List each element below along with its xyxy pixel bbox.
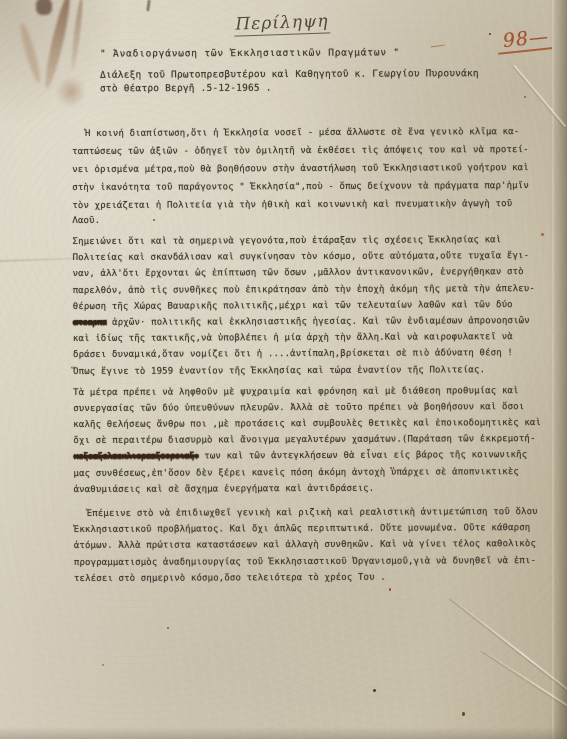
paragraph-4: Ἐπέμεινε στὸ νὰ ἐπιδιωχθεῖ γενικὴ καὶ ρι… — [74, 504, 554, 587]
struck-out-text: κεξεαξελαεκλιορααξεορειαξ: — [73, 452, 198, 463]
body-line: παρελθόν, ἀπὸ τὶς συνθῆκες ποὺ ἐπικράτησ… — [73, 281, 553, 299]
paper-crease — [482, 649, 567, 732]
dark-speck — [102, 664, 104, 666]
dark-speck — [462, 712, 465, 716]
page-number-dash: — — [429, 35, 446, 55]
ink-stain-blotch — [56, 76, 86, 108]
body-line: μας συνθέσεως,ἐπ'ὅσον δὲν ξέρει κανεὶς π… — [73, 464, 553, 482]
paper-crease — [450, 597, 567, 716]
body-line: ναν, ἀλλ'ὅτι ἔρχονται ὡς ἐπίπτωση τῶν ὅσ… — [73, 264, 553, 282]
body-line: νει ὁρισμένα μέτρα,ποὺ θὰ βοηθήσουν στὴν… — [72, 159, 552, 179]
red-speck — [389, 588, 391, 591]
body-line: τελέσει στὸ σημερινὸ κόσμο,ὅσο τελειότερ… — [74, 569, 554, 587]
body-line: ἀναθυμιάσεις καὶ σὲ ἄσχημα ἐνεργήματα κα… — [74, 480, 554, 498]
paper-crease — [514, 65, 567, 127]
ink-stain-streak — [18, 22, 44, 84]
dark-speck — [524, 96, 526, 98]
body-line: προγραμματισμὸς ἀναδημιουργίας τοῦ Ἐκκλη… — [74, 553, 554, 571]
body-line-with-strikeout: κεξεαξελαεκλιορααξεορειαξ: των καὶ τῶν ἀ… — [73, 447, 553, 465]
dark-speck — [373, 689, 376, 692]
handwritten-title: Περίληψη — [234, 11, 331, 36]
body-line: τὸν χρειάζεται ἡ Πολιτεία γιὰ τὴν ἠθικὴ … — [72, 195, 552, 215]
ink-stain-dark — [36, 0, 52, 15]
bottom-edge-shading — [0, 727, 567, 739]
venue-date-line: στὸ θέατρο Βεργῆ .5-12-1965 . — [100, 83, 272, 95]
body-line: στὴν ἱκανότητα τοῦ παράγοντος " Ἐκκλησία… — [72, 177, 552, 197]
paragraph-2: Σημειώνει ὅτι καὶ τὰ σημερινὰ γεγονότα,π… — [72, 232, 553, 380]
handwritten-page-number: 98— — [496, 25, 552, 55]
scanned-document-page: Περίληψη — 98— " Ἀναδιοργάνωση τῶν Ἐκκλη… — [0, 0, 567, 739]
body-line-text: των καὶ τῶν ἀντεγκλήσεων θὰ εἶναι εἰς βά… — [199, 451, 528, 462]
body-line: ταπτώσεως τῶν ἀξιῶν - ὁδηγεῖ τὸν ὁμιλητῆ… — [72, 141, 552, 161]
top-edge-mark — [146, 0, 151, 11]
struck-out-word: ατεαρπα — [73, 318, 107, 328]
body-line: Ἡ κοινή διαπίστωση,ὅτι ἡ Ἐκκλησία νοσεῖ … — [72, 123, 552, 143]
dark-speck — [167, 627, 169, 629]
lecture-byline: Διάλεξη τοῦ Πρωτοπρεσβυτέρου καὶ Καθηγητ… — [100, 68, 479, 81]
body-line: Τὰ μέτρα πρέπει νὰ ληφθοῦν μὲ ψυχραιμία … — [73, 383, 553, 401]
body-line-text: ἀρχῶν· πολιτικῆς καὶ ἐκκλησιαστικῆς ἡγεσ… — [107, 316, 530, 328]
body-line: θέρωση τῆς Χώρας Βαυαρικῆς πολιτικῆς,μέχ… — [73, 297, 553, 315]
paragraph-1: Ἡ κοινή διαπίστωση,ὅτι ἡ Ἐκκλησία νοσεῖ … — [72, 123, 552, 228]
ink-stain-streak — [41, 0, 73, 90]
body-line: Ὅπως ἔγινε τὸ 1959 ἐναντίον τῆς Ἐκκλησία… — [73, 361, 553, 379]
body-line: Λαοῦ. — [72, 213, 552, 228]
body-line: δράσει δυναμικά,ὅταν νομίζει ὅτι ἡ ....ἀ… — [73, 345, 553, 363]
paragraph-3: Τὰ μέτρα πρέπει νὰ ληφθοῦν μὲ ψυχραιμία … — [73, 383, 553, 498]
document-title: " Ἀναδιοργάνωση τῶν Ἐκκλησιαστικῶν Πραγμ… — [100, 47, 400, 59]
ink-stain-streak — [70, 0, 85, 70]
document-body: Ἡ κοινή διαπίστωση,ὅτι ἡ Ἐκκλησία νοσεῖ … — [72, 123, 554, 587]
body-line: ἀτόμων. Ἀλλὰ πρώτιστα καταστάσεων καὶ ἀλ… — [74, 536, 554, 554]
dark-speck — [489, 33, 491, 35]
